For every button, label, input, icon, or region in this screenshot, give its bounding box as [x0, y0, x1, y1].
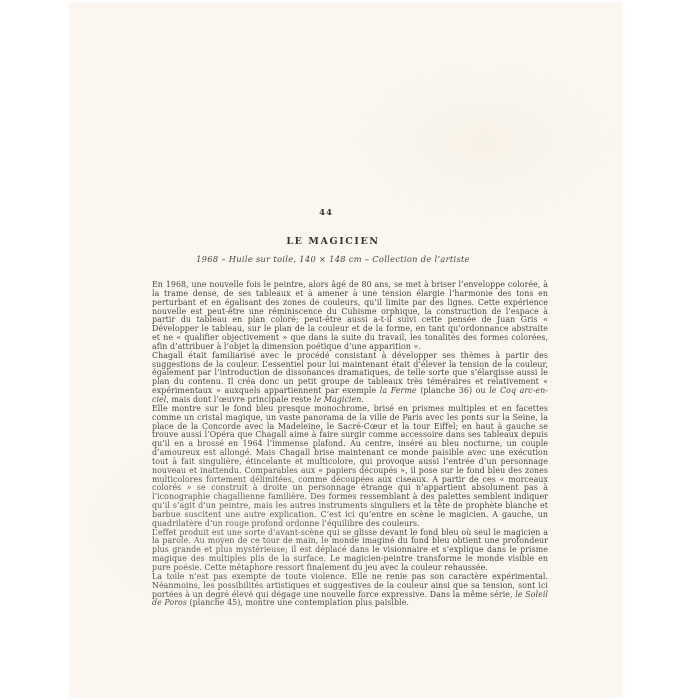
essay-paragraph: L’effet produit est une sorte d’avant-sc…	[152, 529, 548, 573]
text-run: .	[361, 395, 364, 404]
painting-caption: 1968 – Huile sur toile, 140 × 148 cm – C…	[70, 254, 596, 264]
text-run: (planche 36) ou	[417, 386, 490, 395]
work-title-italic: le Magicien	[314, 395, 361, 404]
text-run: (planche 45), montre une contemplation p…	[187, 598, 409, 607]
text-run: , mais dont l’œuvre principale reste	[166, 395, 314, 404]
text-run: En 1968, une nouvelle fois le peintre, a…	[152, 280, 548, 351]
text-run: Elle montre sur le fond bleu presque mon…	[152, 404, 548, 528]
essay-paragraph: Chagall était familiarisé avec le procéd…	[152, 352, 548, 405]
painting-title: LE MAGICIEN	[70, 236, 596, 247]
book-page: 44 LE MAGICIEN 1968 – Huile sur toile, 1…	[70, 3, 622, 697]
essay-paragraph: En 1968, une nouvelle fois le peintre, a…	[152, 281, 548, 352]
work-title-italic: la Ferme	[380, 386, 417, 395]
essay-paragraph: Elle montre sur le fond bleu presque mon…	[152, 405, 548, 529]
text-run: La toile n’est pas exempte de toute viol…	[152, 572, 548, 599]
text-run: L’effet produit est une sorte d’avant-sc…	[152, 528, 548, 572]
essay-text: En 1968, une nouvelle fois le peintre, a…	[152, 281, 548, 608]
essay-paragraph: La toile n’est pas exempte de toute viol…	[152, 573, 548, 608]
page-number: 44	[70, 208, 582, 218]
